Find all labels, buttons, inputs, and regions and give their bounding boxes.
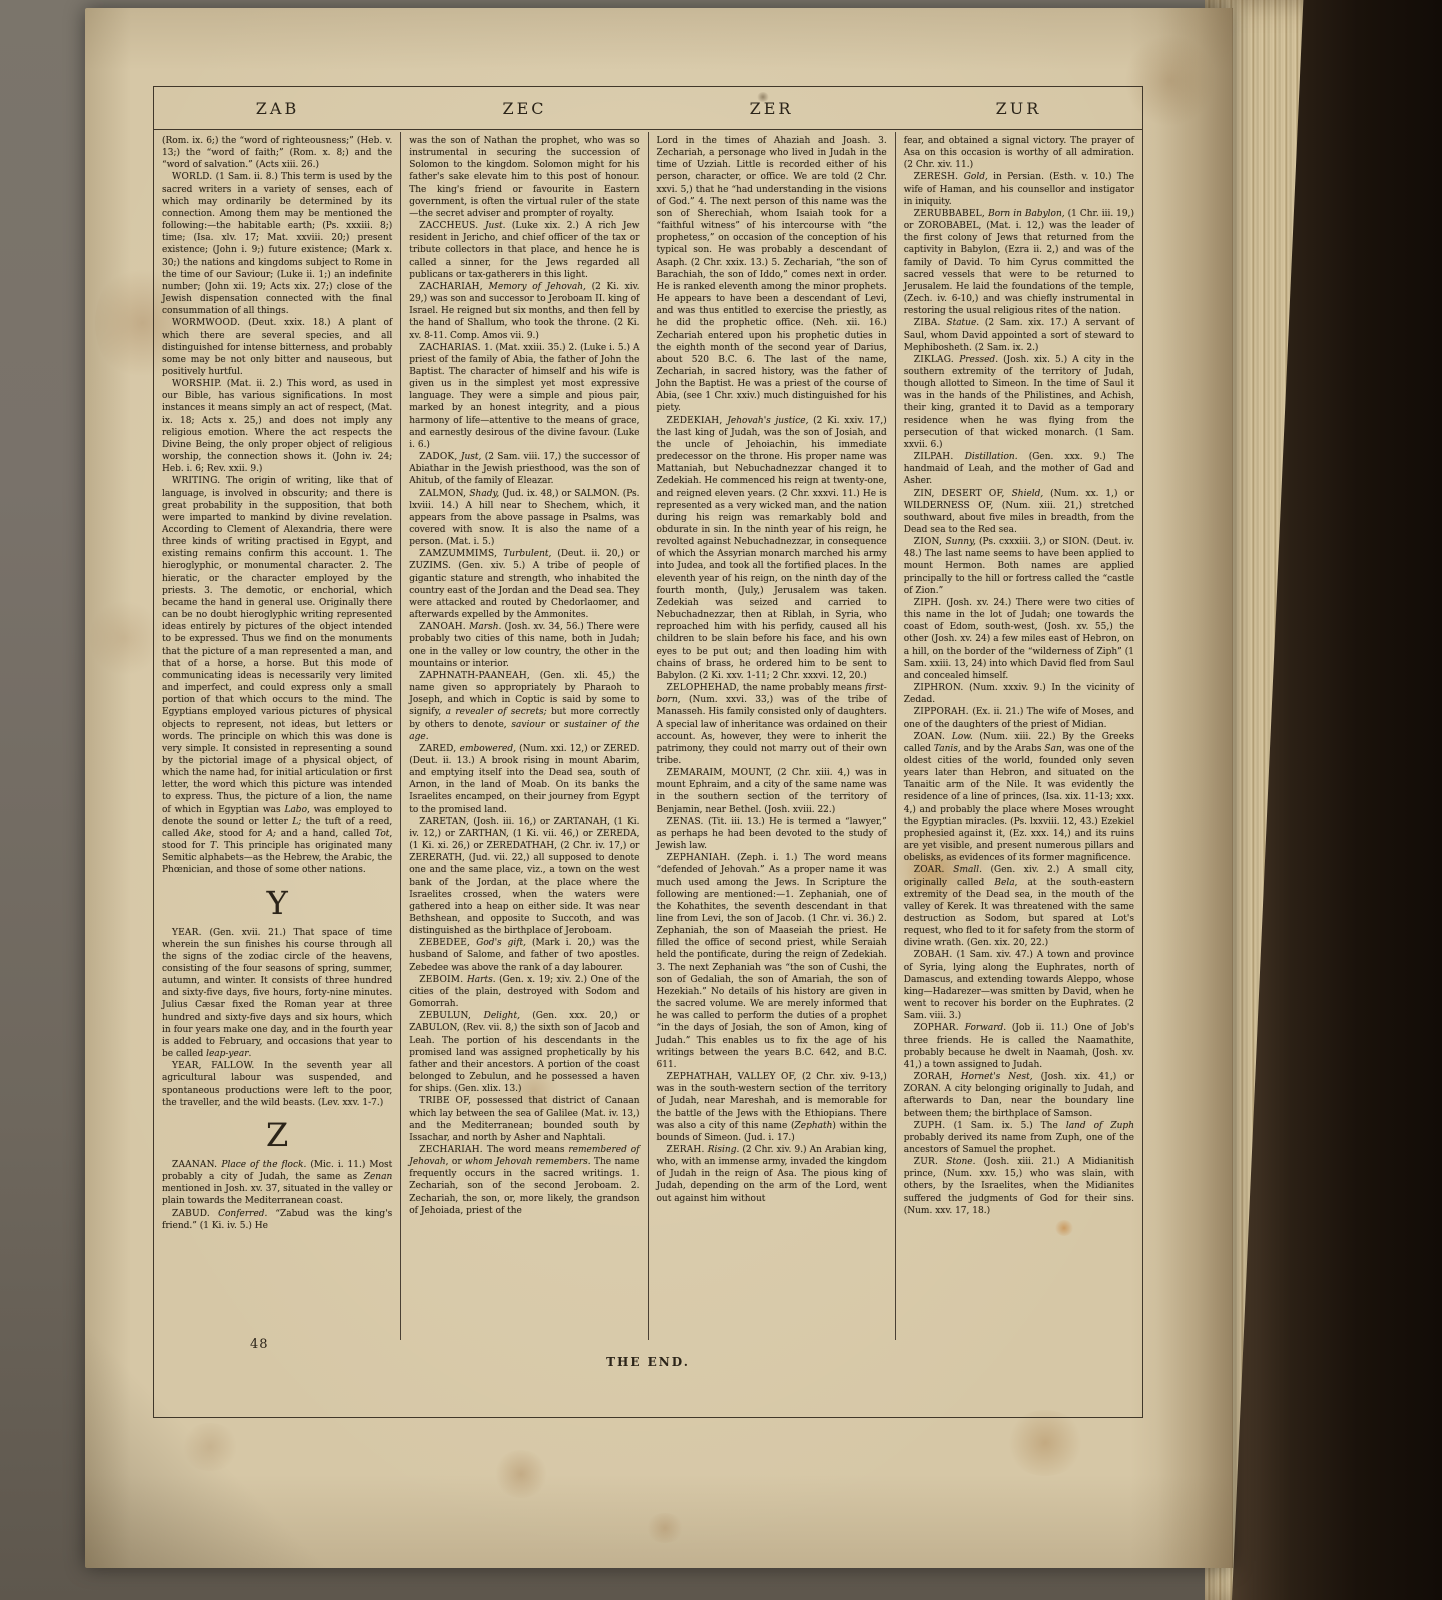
entry-ziph: ZIPH. (Josh. xv. 24.) There were two cit… <box>904 597 1134 682</box>
book-page: ZAB ZEC ZER ZUR (Rom. ix. 6;) the “word … <box>85 8 1233 1568</box>
column-1: (Rom. ix. 6;) the “word of righteousness… <box>154 132 400 1340</box>
entry-zabud: ZABUD. Conferred. “Zabud was the king's … <box>162 1208 392 1232</box>
entry-etymology: Small. <box>953 865 990 875</box>
entry-etymology: Born in Babylon, <box>988 209 1068 219</box>
entry-etymology: Stone. <box>946 1157 983 1167</box>
entry-worship: WORSHIP. (Mat. ii. 2.) This word, as use… <box>162 378 392 475</box>
stain <box>90 598 160 678</box>
entry-zuph: ZUPH. (1 Sam. ix. 5.) The land of Zuph p… <box>904 1120 1134 1156</box>
entry-etymology: God's gift, <box>476 938 532 948</box>
entry-headword: ZORAH, <box>914 1072 961 1082</box>
entry-zephathah-valley-of: ZEPHATHAH, VALLEY OF, (2 Chr. xiv. 9-13,… <box>657 1071 887 1144</box>
entry-headword: ZOAR. <box>914 865 954 875</box>
section-letter-z: Z <box>162 1115 392 1155</box>
entry-zaphnath-paaneah: ZAPHNATH-PAANEAH, (Gen. xli. 45,) the na… <box>409 670 639 743</box>
book-photo: { "page": { "running_heads": ["ZAB", "ZE… <box>0 0 1442 1600</box>
entry-zerah: ZERAH. Rising. (2 Chr. xiv. 9.) An Arabi… <box>657 1144 887 1205</box>
gutter-shading <box>1157 8 1233 1568</box>
entry-etymology: Just. <box>485 221 512 231</box>
stain <box>645 1513 685 1543</box>
entry-etymology: Marsh. <box>469 622 504 632</box>
entry-zadok: ZADOK, Just, (2 Sam. viii. 17,) the succ… <box>409 451 639 487</box>
entry-zur: ZUR. Stone. (Josh. xiii. 21.) A Midianit… <box>904 1156 1134 1217</box>
entry-etymology: Distillation. <box>965 452 1029 462</box>
entry-zebedee: ZEBEDEE, God's gift, (Mark i. 20,) was t… <box>409 937 639 973</box>
entry-zion: ZION, Sunny, (Ps. cxxxiii. 3,) or SION. … <box>904 536 1134 597</box>
entry-headword: ZACCHEUS. <box>419 221 485 231</box>
entry-zeresh: ZERESH. Gold, in Persian. (Esth. v. 10.)… <box>904 171 1134 207</box>
entry-headword: ZEBEDEE, <box>419 938 476 948</box>
entry-headword: TRIBE OF, <box>419 1096 477 1106</box>
entry-ziphron: ZIPHRON. (Num. xxxiv. 9.) In the vicinit… <box>904 682 1134 706</box>
entry-headword: ZOAN. <box>914 732 952 742</box>
text-frame: ZAB ZEC ZER ZUR (Rom. ix. 6;) the “word … <box>153 86 1143 1418</box>
continuation-paragraph: fear, and obtained a signal victory. The… <box>904 135 1134 171</box>
entry-etymology: Memory of Jehovah, <box>489 282 592 292</box>
entry-year-fallow: YEAR, FALLOW. In the seventh year all ag… <box>162 1060 392 1109</box>
entry-headword: ZIPHRON. <box>914 683 969 693</box>
entry-zerubbabel: ZERUBBABEL, Born in Babylon, (1 Chr. iii… <box>904 208 1134 317</box>
entry-headword: ZACHARIAS. <box>419 343 484 353</box>
entry-headword: ZIN, DESERT OF, <box>914 489 1012 499</box>
entry-zaretan: ZARETAN, (Josh. iii. 16,) or ZARTANAH, (… <box>409 816 639 938</box>
entry-headword: ZERESH. <box>914 172 964 182</box>
entry-headword: ZERUBBABEL, <box>914 209 988 219</box>
entry-etymology: Statue. <box>946 318 984 328</box>
entry-headword: ZEMARAIM, MOUNT, <box>667 768 778 778</box>
entry-etymology: Low. <box>952 732 980 742</box>
entry-etymology: Jehovah's justice, <box>727 416 813 426</box>
entry-zeboim: ZEBOIM. Harts. (Gen. x. 19; xiv. 2.) One… <box>409 974 639 1010</box>
entry-zaanan: ZAANAN. Place of the flock. (Mic. i. 11.… <box>162 1159 392 1208</box>
entry-headword: ZENAS. <box>667 817 709 827</box>
stain <box>180 1423 240 1471</box>
entry-ziba: ZIBA. Statue. (2 Sam. xix. 17.) A servan… <box>904 317 1134 353</box>
entry-zanoah: ZANOAH. Marsh. (Josh. xv. 34, 56.) There… <box>409 621 639 670</box>
entry-etymology: Gold, <box>964 172 993 182</box>
entry-etymology: Rising. <box>708 1145 743 1155</box>
entry-zemaraim-mount: ZEMARAIM, MOUNT, (2 Chr. xiii. 4,) was i… <box>657 767 887 816</box>
entry-headword: ZOPHAR. <box>914 1023 965 1033</box>
entry-headword: ZILPAH. <box>914 452 965 462</box>
running-head-zec: ZEC <box>401 99 648 118</box>
entry-writing: WRITING. The origin of writing, like tha… <box>162 475 392 876</box>
running-head-row: ZAB ZEC ZER ZUR <box>154 87 1142 130</box>
entry-headword: ZEPHATHAH, VALLEY OF, <box>667 1072 802 1082</box>
entry-etymology: Shield, <box>1012 489 1051 499</box>
entry-headword: ZANOAH. <box>419 622 469 632</box>
entry-zaccheus: ZACCHEUS. Just. (Luke xix. 2.) A rich Je… <box>409 220 639 281</box>
entry-zelophehad: ZELOPHEHAD, the name probably means firs… <box>657 682 887 767</box>
entry-zoar: ZOAR. Small. (Gen. xiv. 2.) A small city… <box>904 864 1134 949</box>
entry-headword: ZEBOIM. <box>419 975 467 985</box>
entry-wormwood: WORMWOOD. (Deut. xxix. 18.) A plant of w… <box>162 317 392 378</box>
entry-tribe-of: TRIBE OF, possessed that district of Can… <box>409 1095 639 1144</box>
entry-headword: ZIBA. <box>914 318 947 328</box>
entry-headword: ZION, <box>914 537 946 547</box>
entry-etymology: Shady, <box>469 489 502 499</box>
entry-zacharias: ZACHARIAS. 1. (Mat. xxiii. 35.) 2. (Luke… <box>409 342 639 451</box>
running-head-zab: ZAB <box>154 99 401 118</box>
the-end-label: THE END. <box>154 1355 1142 1369</box>
entry-zorah: ZORAH, Hornet's Nest, (Josh. xix. 41,) o… <box>904 1071 1134 1120</box>
entry-etymology: Delight, <box>484 1011 533 1021</box>
entry-zared: ZARED, embowered, (Num. xxi. 12,) or ZER… <box>409 743 639 816</box>
entry-ziklag: ZIKLAG. Pressed. (Josh. xix. 5.) A city … <box>904 354 1134 451</box>
entry-headword: WORLD. <box>172 172 216 182</box>
entry-headword: ZEDEKIAH, <box>667 416 728 426</box>
entry-etymology: Place of the flock. <box>221 1160 310 1170</box>
entry-etymology: Just, <box>461 452 485 462</box>
entry-zechariah: ZECHARIAH. The word means remembered of … <box>409 1144 639 1217</box>
entry-zophar: ZOPHAR. Forward. (Job ii. 11.) One of Jo… <box>904 1022 1134 1071</box>
entry-headword: ZIKLAG. <box>914 355 959 365</box>
entry-headword: ZALMON, <box>419 489 469 499</box>
continuation-paragraph: was the son of Nathan the prophet, who w… <box>409 135 639 220</box>
entry-etymology: Turbulent, <box>503 549 557 559</box>
stain <box>493 1450 549 1498</box>
entry-headword: ZOBAH. <box>914 950 957 960</box>
entry-etymology: Forward. <box>965 1023 1012 1033</box>
entry-headword: ZARED, <box>419 744 459 754</box>
entry-world: WORLD. (1 Sam. ii. 8.) This term is used… <box>162 171 392 317</box>
column-4: fear, and obtained a signal victory. The… <box>895 132 1142 1340</box>
column-2: was the son of Nathan the prophet, who w… <box>400 132 647 1340</box>
continuation-paragraph: Lord in the times of Ahaziah and Joash. … <box>657 135 887 415</box>
entry-zipporah: ZIPPORAH. (Ex. ii. 21.) The wife of Mose… <box>904 706 1134 730</box>
continuation-paragraph: (Rom. ix. 6;) the “word of righteousness… <box>162 135 392 171</box>
entry-etymology: Conferred. <box>218 1209 275 1219</box>
entry-etymology: Harts. <box>467 975 499 985</box>
entry-etymology: embowered, <box>460 744 519 754</box>
entry-headword: ZIPH. <box>914 598 946 608</box>
entry-zilpah: ZILPAH. Distillation. (Gen. xxx. 9.) The… <box>904 451 1134 487</box>
entry-zachariah: ZACHARIAH, Memory of Jehovah, (2 Ki. xiv… <box>409 281 639 342</box>
dictionary-columns: (Rom. ix. 6;) the “word of righteousness… <box>154 132 1142 1340</box>
entry-etymology: Pressed. <box>959 355 1003 365</box>
entry-headword: ZECHARIAH. <box>419 1145 487 1155</box>
stain <box>1005 1410 1085 1476</box>
entry-zamzummims: ZAMZUMMIMS, Turbulent, (Deut. ii. 20,) o… <box>409 548 639 621</box>
running-head-zer: ZER <box>648 99 895 118</box>
entry-headword: ZELOPHEHAD, <box>667 683 743 693</box>
entry-zoan: ZOAN. Low. (Num. xiii. 22.) By the Greek… <box>904 731 1134 865</box>
section-letter-y: Y <box>162 883 392 923</box>
page-number: 48 <box>250 1337 269 1352</box>
entry-headword: ZEPHANIAH. <box>667 853 738 863</box>
entry-headword: ZUR. <box>914 1157 947 1167</box>
entry-headword: ZABUD. <box>172 1209 218 1219</box>
entry-year: YEAR. (Gen. xvii. 21.) That space of tim… <box>162 927 392 1061</box>
entry-etymology: Sunny, <box>946 537 980 547</box>
entry-headword: ZAANAN. <box>172 1160 221 1170</box>
entry-zedekiah: ZEDEKIAH, Jehovah's justice, (2 Ki. xxiv… <box>657 415 887 682</box>
entry-headword: ZACHARIAH, <box>419 282 488 292</box>
entry-zalmon: ZALMON, Shady, (Jud. ix. 48,) or SALMON.… <box>409 488 639 549</box>
entry-headword: YEAR, FALLOW. <box>172 1061 264 1071</box>
entry-headword: WRITING. <box>172 476 226 486</box>
entry-headword: ZUPH. <box>914 1121 954 1131</box>
entry-zebulun: ZEBULUN, Delight, (Gen. xxx. 20,) or ZAB… <box>409 1010 639 1095</box>
running-head-zur: ZUR <box>895 99 1142 118</box>
entry-headword: ZEBULUN, <box>419 1011 483 1021</box>
entry-headword: ZAPHNATH-PAANEAH, <box>419 671 540 681</box>
entry-headword: ZIPPORAH. <box>914 707 973 717</box>
entry-headword: WORMWOOD. <box>172 318 248 328</box>
entry-headword: ZERAH. <box>667 1145 708 1155</box>
entry-headword: ZADOK, <box>419 452 461 462</box>
entry-headword: ZARETAN, <box>419 817 473 827</box>
entry-headword: YEAR. <box>172 928 209 938</box>
entry-headword: ZAMZUMMIMS, <box>419 549 503 559</box>
entry-zephaniah: ZEPHANIAH. (Zeph. i. 1.) The word means … <box>657 852 887 1071</box>
entry-zobah: ZOBAH. (1 Sam. xiv. 47.) A town and prov… <box>904 949 1134 1022</box>
entry-zenas: ZENAS. (Tit. iii. 13.) He is termed a “l… <box>657 816 887 852</box>
entry-etymology: Hornet's Nest, <box>961 1072 1041 1082</box>
entry-zin-desert-of: ZIN, DESERT OF, Shield, (Num. xx. 1,) or… <box>904 488 1134 537</box>
column-3: Lord in the times of Ahaziah and Joash. … <box>648 132 895 1340</box>
entry-headword: WORSHIP. <box>172 379 227 389</box>
